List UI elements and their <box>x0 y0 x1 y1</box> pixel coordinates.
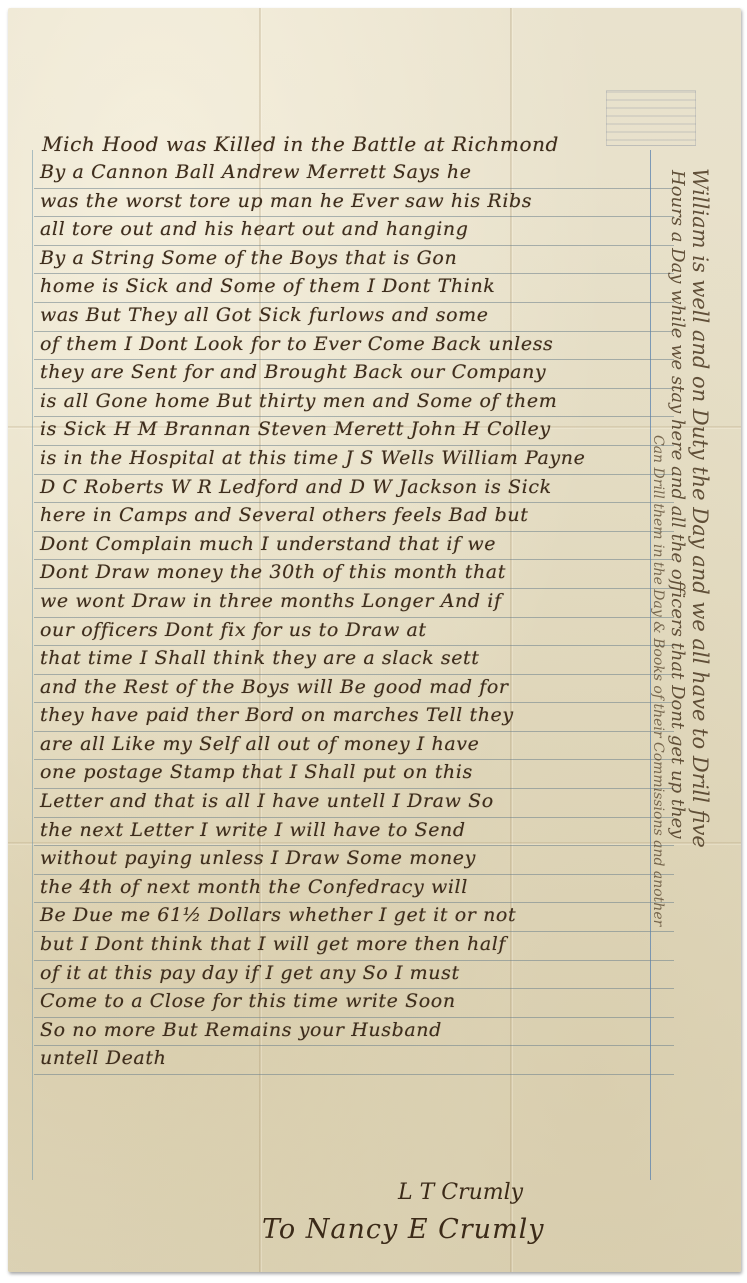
letter-line: was the worst tore up man he Ever saw hi… <box>34 189 674 218</box>
letter-line: is all Gone home But thirty men and Some… <box>34 389 674 418</box>
letter-line: of them I Dont Look for to Ever Come Bac… <box>34 332 674 361</box>
letter-line: Be Due me 61½ Dollars whether I get it o… <box>34 903 674 932</box>
letter-line: Come to a Close for this time write Soon <box>34 989 674 1018</box>
margin-note-2: Hours a Day while we stay here and all t… <box>667 170 688 839</box>
letter-line: is in the Hospital at this time J S Well… <box>34 446 674 475</box>
letter-line: By a String Some of the Boys that is Gon <box>34 246 674 275</box>
signature: L T Crumly <box>398 1180 523 1205</box>
letter-line: So no more But Remains your Husband <box>34 1018 674 1047</box>
letter-line: and the Rest of the Boys will Be good ma… <box>34 675 674 704</box>
embossed-stamp-mark <box>606 90 696 146</box>
letter-line: Mich Hood was Killed in the Battle at Ri… <box>36 132 559 160</box>
letter-line: was But They all Got Sick furlows and so… <box>34 303 674 332</box>
addressee-line: To Nancy E Crumly <box>262 1214 545 1245</box>
margin-note-1: William is well and on Duty the Day and … <box>688 168 712 848</box>
letter-line: without paying unless I Draw Some money <box>34 846 674 875</box>
letter-line: but I Dont think that I will get more th… <box>34 932 674 961</box>
letter-line: home is Sick and Some of them I Dont Thi… <box>34 274 674 303</box>
letter-line: all tore out and his heart out and hangi… <box>34 217 674 246</box>
letter-line: D C Roberts W R Ledford and D W Jackson … <box>34 475 674 504</box>
letter-line: the next Letter I write I will have to S… <box>34 818 674 847</box>
letter-line: By a Cannon Ball Andrew Merrett Says he <box>34 160 674 189</box>
letter-line: they are Sent for and Brought Back our C… <box>34 360 674 389</box>
letter-line: that time I Shall think they are a slack… <box>34 646 674 675</box>
letter-line: Letter and that is all I have untell I D… <box>34 789 674 818</box>
letter-line: one postage Stamp that I Shall put on th… <box>34 760 674 789</box>
letter-line: our officers Dont fix for us to Draw at <box>34 618 674 647</box>
letter-body: Mich Hood was Killed in the Battle at Ri… <box>34 146 674 1075</box>
letter-line: here in Camps and Several others feels B… <box>34 503 674 532</box>
letter-line: is Sick H M Brannan Steven Merett John H… <box>34 417 674 446</box>
letter-line: are all Like my Self all out of money I … <box>34 732 674 761</box>
letter-line: untell Death <box>34 1046 674 1075</box>
letter-line: Dont Draw money the 30th of this month t… <box>34 560 674 589</box>
letter-line: we wont Draw in three months Longer And … <box>34 589 674 618</box>
letter-line: of it at this pay day if I get any So I … <box>34 961 674 990</box>
letter-line: they have paid ther Bord on marches Tell… <box>34 703 674 732</box>
letter-line: Dont Complain much I understand that if … <box>34 532 674 561</box>
margin-note-3: Can Drill them in the Day & Books of the… <box>650 435 666 926</box>
letter-line: the 4th of next month the Confedracy wil… <box>34 875 674 904</box>
